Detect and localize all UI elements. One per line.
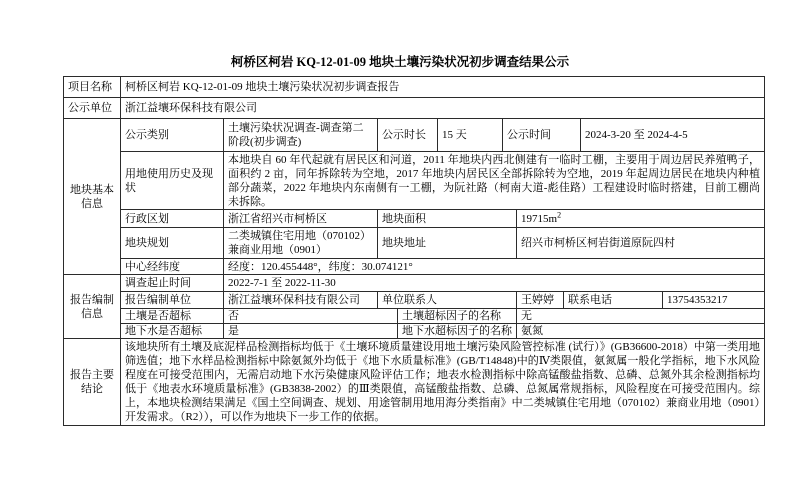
plot-address-value: 绍兴市柯桥区柯岩街道原阮四村 (517, 228, 765, 259)
soil-exceeded-value: 否 (224, 309, 398, 324)
section-conclusion-label: 报告主要结论 (64, 339, 121, 426)
project-name-label: 项目名称 (64, 77, 121, 98)
publicity-unit-label: 公示单位 (64, 98, 121, 119)
plot-area-value: 19715m2 (517, 210, 765, 228)
survey-period-label: 调查起止时间 (121, 275, 224, 292)
table-row-soil-exceeded: 土壤是否超标 否 土壤超标因子的名称 无 (121, 309, 765, 324)
contact-phone-value: 13754353217 (663, 292, 765, 309)
soil-factor-value: 无 (517, 309, 765, 324)
plot-area-superscript: 2 (557, 210, 561, 219)
admin-division-value: 浙江省绍兴市柯桥区 (224, 210, 378, 228)
section-report-info-label: 报告编制信息 (64, 275, 121, 339)
table-row-survey-period: 调查起止时间 2022-7-1 至 2022-11-30 (121, 275, 765, 292)
page-title: 柯桥区柯岩 KQ-12-01-09 地块土壤污染状况初步调查结果公示 (0, 55, 800, 70)
section-conclusion: 报告主要结论 该地块所有土壤及底泥样品检测指标均低于《土壤环境质量建设用地土壤污… (64, 339, 765, 426)
land-use-history-value: 本地块自 60 年代起就有居民区和河道，2011 年地块内西北侧建有一临时工棚，… (224, 152, 765, 210)
contact-phone-label: 联系电话 (564, 292, 663, 309)
center-coordinates-value: 经度：120.455448°，纬度：30.074121° (224, 259, 765, 275)
table-row-publicity-type: 公示类别 土壤污染状况调查-调查第二阶段(初步调查) 公示时长 15 天 公示时… (121, 119, 765, 152)
groundwater-factor-label: 地下水超标因子的名称 (398, 324, 517, 339)
soil-factor-label: 土壤超标因子的名称 (398, 309, 517, 324)
table-row-conclusion: 该地块所有土壤及底泥样品检测指标均低于《土壤环境质量建设用地土壤污染风险管控标准… (121, 339, 765, 426)
conclusion-value: 该地块所有土壤及底泥样品检测指标均低于《土壤环境质量建设用地土壤污染风险管控标准… (121, 339, 765, 426)
table-row-land-use-history: 用地使用历史及现状 本地块自 60 年代起就有居民区和河道，2011 年地块内西… (121, 152, 765, 210)
section-report-info: 报告编制信息 调查起止时间 2022-7-1 至 2022-11-30 报告编制… (64, 275, 765, 339)
report-unit-value: 浙江益壤环保科技有限公司 (224, 292, 378, 309)
publicity-table: 项目名称 柯桥区柯岩 KQ-12-01-09 地块土壤污染状况初步调查报告 公示… (63, 76, 765, 426)
publicity-duration-value: 15 天 (438, 119, 503, 152)
table-row-plot-planning: 地块规划 二类城镇住宅用地（070102）兼商业用地（0901） 地块地址 绍兴… (121, 228, 765, 259)
table-row-groundwater-exceeded: 地下水是否超标 是 地下水超标因子的名称 氨氮 (121, 324, 765, 339)
survey-period-value: 2022-7-1 至 2022-11-30 (224, 275, 765, 292)
groundwater-factor-value: 氨氮 (517, 324, 765, 339)
table-row-report-unit: 报告编制单位 浙江益壤环保科技有限公司 单位联系人 王婷婷 联系电话 13754… (121, 292, 765, 309)
publicity-time-value: 2024-3-20 至 2024-4-5 (581, 119, 765, 152)
contact-person-value: 王婷婷 (517, 292, 564, 309)
document-page: 柯桥区柯岩 KQ-12-01-09 地块土壤污染状况初步调查结果公示 项目名称 … (0, 0, 800, 500)
groundwater-exceeded-value: 是 (224, 324, 398, 339)
plot-area-label: 地块面积 (378, 210, 517, 228)
publicity-time-label: 公示时间 (503, 119, 581, 152)
center-coordinates-label: 中心经纬度 (121, 259, 224, 275)
table-row-publicity-unit: 公示单位 浙江益壤环保科技有限公司 (64, 98, 765, 119)
section-basic-info: 地块基本信息 公示类别 土壤污染状况调查-调查第二阶段(初步调查) 公示时长 1… (64, 119, 765, 275)
section-conclusion-body: 该地块所有土壤及底泥样品检测指标均低于《土壤环境质量建设用地土壤污染风险管控标准… (121, 339, 765, 426)
admin-division-label: 行政区划 (121, 210, 224, 228)
plot-address-label: 地块地址 (378, 228, 517, 259)
table-row-center-coordinates: 中心经纬度 经度：120.455448°，纬度：30.074121° (121, 259, 765, 275)
project-name-value: 柯桥区柯岩 KQ-12-01-09 地块土壤污染状况初步调查报告 (121, 77, 765, 98)
soil-exceeded-label: 土壤是否超标 (121, 309, 224, 324)
table-row-project-name: 项目名称 柯桥区柯岩 KQ-12-01-09 地块土壤污染状况初步调查报告 (64, 77, 765, 98)
publicity-type-label: 公示类别 (121, 119, 224, 152)
plot-planning-value: 二类城镇住宅用地（070102）兼商业用地（0901） (224, 228, 378, 259)
section-report-info-body: 调查起止时间 2022-7-1 至 2022-11-30 报告编制单位 浙江益壤… (121, 275, 765, 339)
groundwater-exceeded-label: 地下水是否超标 (121, 324, 224, 339)
contact-person-label: 单位联系人 (378, 292, 517, 309)
publicity-duration-label: 公示时长 (378, 119, 438, 152)
land-use-history-label: 用地使用历史及现状 (121, 152, 224, 210)
section-basic-info-body: 公示类别 土壤污染状况调查-调查第二阶段(初步调查) 公示时长 15 天 公示时… (121, 119, 765, 275)
publicity-type-value: 土壤污染状况调查-调查第二阶段(初步调查) (224, 119, 378, 152)
publicity-unit-value: 浙江益壤环保科技有限公司 (121, 98, 765, 119)
section-basic-info-label: 地块基本信息 (64, 119, 121, 275)
report-unit-label: 报告编制单位 (121, 292, 224, 309)
table-row-admin-division: 行政区划 浙江省绍兴市柯桥区 地块面积 19715m2 (121, 210, 765, 228)
plot-planning-label: 地块规划 (121, 228, 224, 259)
